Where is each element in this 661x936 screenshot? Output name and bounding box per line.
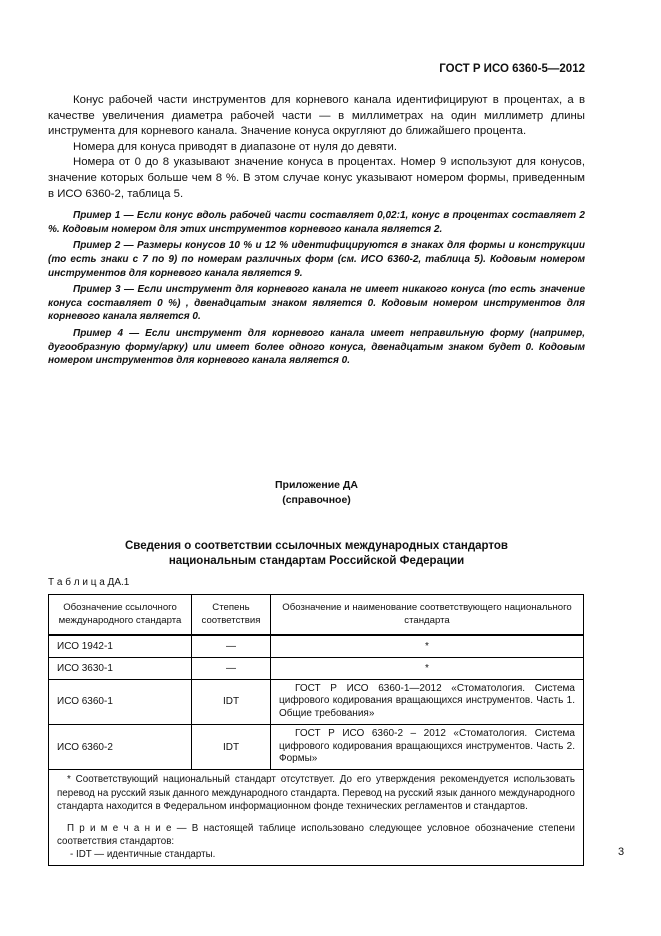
example-1: Пример 1 — Если конус вдоль рабочей част… <box>48 209 585 236</box>
cell-degree: — <box>192 635 271 657</box>
column-header-reference-standard: Обозначение ссылочного международного ст… <box>49 595 192 636</box>
table-row: ИСО 6360-2 IDT ГОСТ Р ИСО 6360-2 – 2012 … <box>49 724 584 769</box>
footnote-cell: * Соответствующий национальный стандарт … <box>49 770 584 865</box>
body-text: Конус рабочей части инструментов для кор… <box>48 93 585 371</box>
paragraph: Конус рабочей части инструментов для кор… <box>48 93 585 140</box>
column-header-degree: Степень соответствия <box>192 595 271 636</box>
cell-degree: IDT <box>192 724 271 769</box>
paragraph: Номера от 0 до 8 указывают значение кону… <box>48 155 585 202</box>
page-number: 3 <box>618 846 624 858</box>
appendix-heading: Приложение ДА (справочное) <box>48 478 585 508</box>
cell-national: ГОСТ Р ИСО 6360-1—2012 «Стоматология. Си… <box>271 679 584 724</box>
footnote-star-text: * Соответствующий национальный стандарт … <box>57 773 575 813</box>
cell-national: ГОСТ Р ИСО 6360-2 – 2012 «Стоматология. … <box>271 724 584 769</box>
cell-degree: — <box>192 657 271 679</box>
column-header-national-standard: Обозначение и наименование соответствующ… <box>271 595 584 636</box>
cell-degree: IDT <box>192 679 271 724</box>
paragraph: Номера для конуса приводят в диапазоне о… <box>48 140 585 156</box>
document-page: ГОСТ Р ИСО 6360-5—2012 Конус рабочей час… <box>0 0 661 936</box>
table-footnote-row: * Соответствующий национальный стандарт … <box>49 770 584 865</box>
cell-national: * <box>271 635 584 657</box>
table-row: ИСО 1942-1 — * <box>49 635 584 657</box>
example-3: Пример 3 — Если инструмент для корневого… <box>48 283 585 324</box>
example-4: Пример 4 — Если инструмент для корневого… <box>48 327 585 368</box>
table-row: ИСО 6360-1 IDT ГОСТ Р ИСО 6360-1—2012 «С… <box>49 679 584 724</box>
cell-reference: ИСО 1942-1 <box>49 635 192 657</box>
cell-reference: ИСО 3630-1 <box>49 657 192 679</box>
footnote-note-item: - IDT — идентичные стандарты. <box>57 848 575 861</box>
table-header-row: Обозначение ссылочного международного ст… <box>49 595 584 636</box>
cell-reference: ИСО 6360-1 <box>49 679 192 724</box>
table-row: ИСО 3630-1 — * <box>49 657 584 679</box>
footnote-note-text: П р и м е ч а н и е — В настоящей таблиц… <box>57 822 575 849</box>
table-label: Т а б л и ц а ДА.1 <box>48 577 129 588</box>
example-2: Пример 2 — Размеры конусов 10 % и 12 % и… <box>48 239 585 280</box>
cell-reference: ИСО 6360-2 <box>49 724 192 769</box>
examples-block: Пример 1 — Если конус вдоль рабочей част… <box>48 209 585 368</box>
appendix-title: Сведения о соответствии ссылочных междун… <box>48 539 585 568</box>
doc-code-header: ГОСТ Р ИСО 6360-5—2012 <box>48 63 585 75</box>
correspondence-table: Обозначение ссылочного международного ст… <box>48 594 584 866</box>
cell-national: * <box>271 657 584 679</box>
